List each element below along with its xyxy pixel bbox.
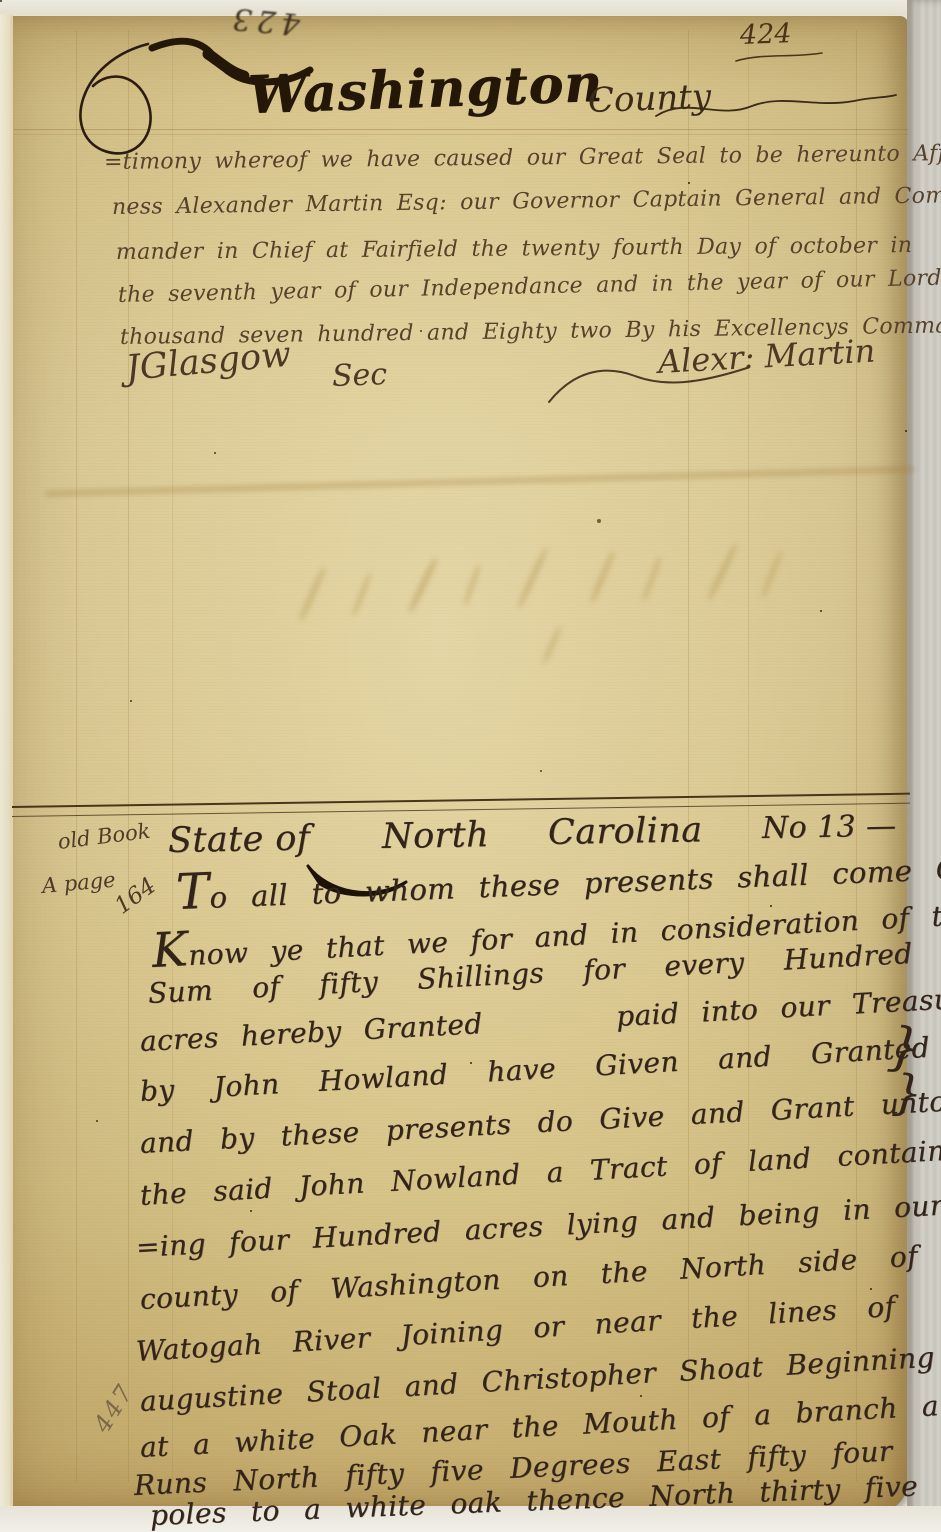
- grant-heading-north: North: [382, 818, 490, 855]
- page-edge-left: [0, 14, 13, 1519]
- county-name-heading: Washington: [247, 58, 604, 122]
- ink-bleedthrough: [300, 505, 860, 675]
- grant-heading-carolina: Carolina: [548, 813, 703, 851]
- adjacent-page-edge-top: [0, 0, 941, 15]
- grant-heading-state-of: State of: [168, 822, 311, 859]
- pen-flourish-bracket: }: [890, 1068, 924, 1118]
- page-number-underline-flourish: [734, 50, 826, 66]
- county-tail-flourish: [654, 92, 900, 124]
- page-number: 424: [740, 20, 792, 49]
- signature-sec-title: Sec: [331, 360, 387, 392]
- grant-heading-number: No 13 —: [762, 812, 897, 844]
- book-edge-right: [907, 0, 941, 1532]
- scanned-archive-image: { "colors": { "paper": "#d8c68f", "paper…: [0, 0, 941, 1532]
- ruled-line-vertical: [76, 30, 77, 1482]
- dust-specks: [0, 0, 2, 2]
